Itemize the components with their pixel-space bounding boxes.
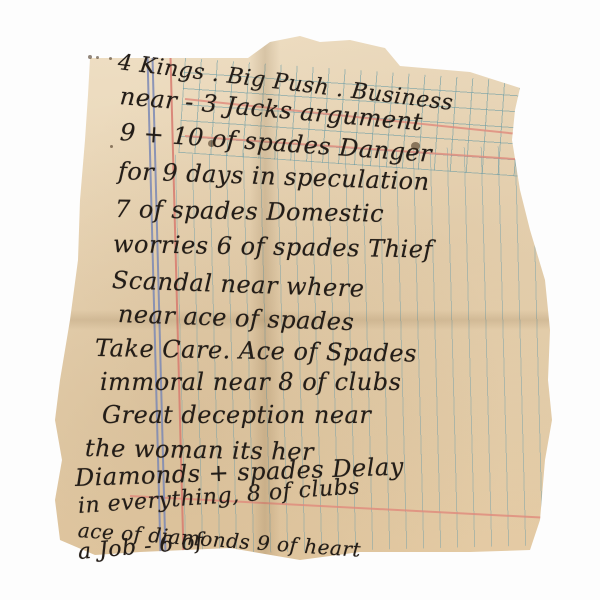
handwritten-line: Great deception near	[102, 401, 371, 429]
handwritten-line: worries 6 of spades Thief	[113, 230, 433, 264]
handwritten-line: 7 of spades Domestic	[115, 195, 385, 228]
ink-dot	[88, 55, 92, 59]
ink-blot	[411, 142, 420, 150]
photo-stage: 4 Kings . Big Push . Businessnear - 3 Ja…	[0, 0, 600, 600]
ink-dot	[96, 56, 99, 59]
ink-dot	[110, 145, 113, 148]
ink-dot	[109, 57, 112, 60]
handwritten-line: Take Care. Ace of Spades	[95, 334, 417, 368]
handwritten-line: immoral near 8 of clubs	[100, 368, 401, 396]
ink-blot	[208, 140, 215, 147]
